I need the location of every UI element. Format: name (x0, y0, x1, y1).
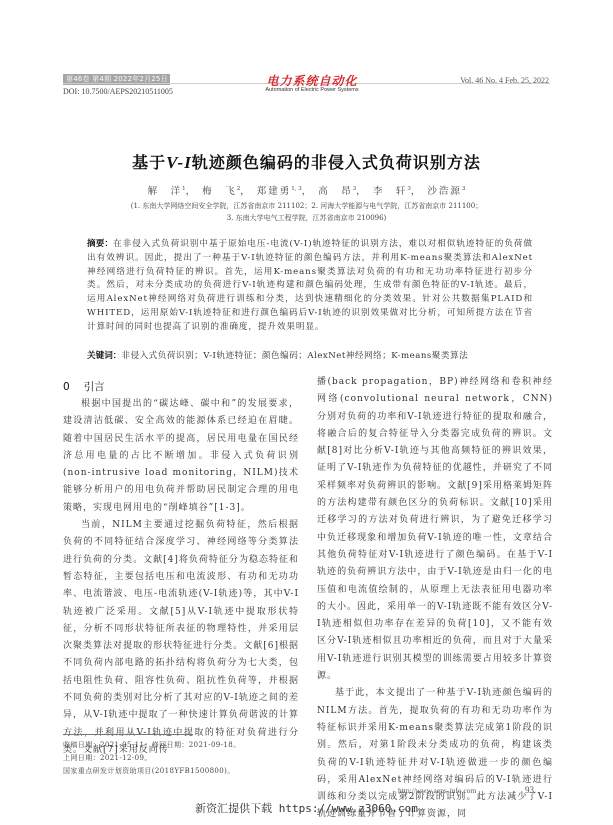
author: 郑建勇1, 3 (257, 186, 302, 197)
body-left-column: 根据中国提出的“碳达峰、碳中和”的发展要求，建设清洁低碳、安全高效的能源体系已经… (63, 396, 299, 759)
keywords: 关键词：非侵入式负荷识别；V-I轨迹特征；颜色编码；AlexNet神经网络；K-… (87, 349, 533, 361)
online-date: 上网日期：2021-12-09。 (63, 752, 241, 765)
title-suffix: 轨迹颜色编码的非侵入式负荷识别方法 (192, 153, 481, 172)
page-number: 93 (525, 785, 534, 795)
title-prefix: 基于 (132, 153, 166, 172)
abstract-text: 在非侵入式负荷识别中基于原始电压-电流(V-I)轨迹特征的识别方法，难以对相似轨… (87, 239, 533, 332)
abstract: 摘要：在非侵入式负荷识别中基于原始电压-电流(V-I)轨迹特征的识别方法，难以对… (87, 238, 533, 335)
author: 梅 飞2 (202, 186, 240, 197)
section-title: 引言 (84, 381, 105, 393)
paragraph: 根据中国提出的“碳达峰、碳中和”的发展要求，建设清洁低碳、安全高效的能源体系已经… (63, 396, 299, 517)
affiliations-line-1: (1. 东南大学网络空间安全学院，江苏省南京市 211102；2. 河海大学能源… (0, 201, 613, 211)
funding: 国家重点研发计划资助项目(2018YFB1500800)。 (63, 765, 241, 778)
paragraph: 当前，NILM主要通过挖掘负荷特征，然后根据负荷的不同特征结合深度学习、神经网络… (63, 517, 299, 759)
doi: DOI: 10.7500/AEPS20210511005 (63, 87, 173, 96)
author: 沙浩源3 (427, 186, 465, 197)
footnote-rule (63, 734, 193, 735)
author-list: 解 洋1， 梅 飞2， 郑建勇1, 3， 高 昂3， 李 轩3， 沙浩源3 (0, 183, 613, 197)
author: 解 洋1 (148, 186, 186, 197)
body-right-column: 播(back propagation，BP)神经网络和卷积神经网络(convol… (317, 374, 553, 824)
download-watermark: 新资汇提供下载 https://www.z3060.com (0, 800, 613, 816)
section-heading: 0引言 (63, 379, 105, 394)
journal-english-name: Automation of Electric Power Systems (232, 87, 392, 93)
affiliations-line-2: 3. 东南大学电气工程学院，江苏省南京市 210096) (0, 213, 613, 223)
abstract-label: 摘要： (87, 239, 113, 249)
volume-info: Vol. 46 No. 4 Feb. 25, 2022 (460, 76, 549, 85)
journal-url[interactable]: http://www.aeps-info.com (398, 786, 476, 795)
title-vi: V-I (166, 153, 192, 172)
section-number: 0 (63, 381, 70, 393)
received-date: 收稿日期：2021-05-11；修回日期：2021-09-18。 (63, 739, 241, 752)
keywords-text: 非侵入式负荷识别；V-I轨迹特征；颜色编码；AlexNet神经网络；K-mean… (121, 351, 468, 361)
author: 李 轩3 (373, 186, 411, 197)
keywords-label: 关键词： (87, 351, 121, 361)
author: 高 昂3 (318, 186, 356, 197)
paragraph: 播(back propagation，BP)神经网络和卷积神经网络(convol… (317, 374, 553, 685)
footnote: 收稿日期：2021-05-11；修回日期：2021-09-18。 上网日期：20… (63, 739, 241, 778)
article-title: 基于V-I轨迹颜色编码的非侵入式负荷识别方法 (0, 150, 613, 173)
